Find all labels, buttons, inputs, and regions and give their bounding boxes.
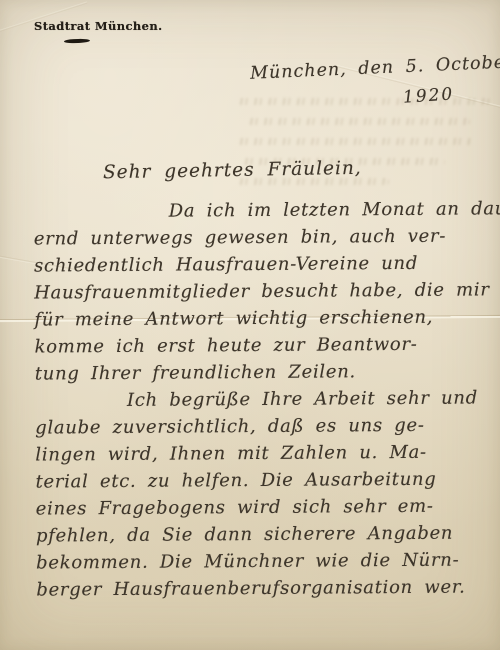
letter-line-2: ernd unterwegs gewesen bin, auch ver- — [34, 222, 474, 252]
letterhead-underline-flourish — [64, 39, 90, 44]
letter-scan: Stadtrat München. München, den 5. Octobe… — [0, 0, 500, 650]
date-year: 1920 — [402, 84, 455, 108]
letter-body: Da ich im letzten Monat an dau- ernd unt… — [34, 195, 477, 603]
letter-line-8: Ich begrüße Ihre Arbeit sehr und — [35, 384, 475, 414]
letter-line-12: eines Fragebogens wird sich sehr em- — [36, 492, 476, 522]
letter-line-3: schiedentlich Hausfrauen-Vereine und — [34, 249, 474, 279]
letter-line-15: berger Hausfrauenberufsorganisation wer. — [36, 573, 476, 603]
letter-line-7: tung Ihrer freundlichen Zeilen. — [35, 357, 475, 387]
letter-line-1: Da ich im letzten Monat an dau- — [34, 195, 474, 225]
letterhead-title: Stadtrat München. — [34, 19, 163, 33]
letter-line-4: Hausfrauenmitglieder besucht habe, die m… — [34, 276, 474, 306]
letter-line-14: bekommen. Die Münchner wie die Nürn- — [36, 546, 476, 576]
letter-line-10: lingen wird, Ihnen mit Zahlen u. Ma- — [35, 438, 475, 468]
date-line: München, den 5. October — [250, 52, 500, 84]
letter-line-9: glaube zuversichtlich, daß es uns ge- — [35, 411, 475, 441]
letter-line-13: pfehlen, da Sie dann sicherere Angaben — [36, 519, 476, 549]
letter-line-5: für meine Antwort wichtig erschienen, — [34, 303, 474, 333]
letter-line-11: terial etc. zu helfen. Die Ausarbeitung — [35, 465, 475, 495]
letter-line-6: komme ich erst heute zur Beantwor- — [35, 330, 475, 360]
